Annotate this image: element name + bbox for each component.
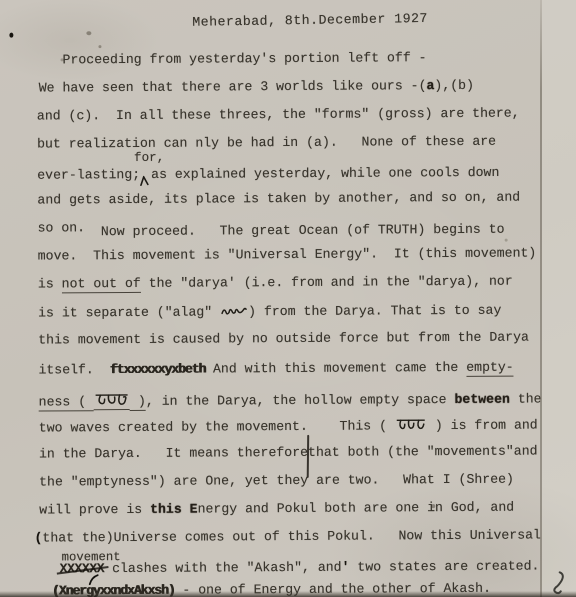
- text-segment: clashes with the "Akash", and: [104, 560, 342, 576]
- text-segment: the "darya' (i.e. from and in the "darya…: [141, 274, 513, 291]
- handwritten-pokal2-icon: [395, 417, 427, 432]
- text-segment: ),(b): [434, 78, 474, 93]
- text-segment: Now proceed. The great Ocean (of TRUTH) …: [85, 223, 505, 239]
- text-segment: , in the Darya, the hollow empty space: [146, 392, 455, 409]
- dateline: Meherabad, 8th.December 1927: [192, 12, 428, 29]
- typed-line: (that the)Universe comes out of this Pok…: [34, 528, 541, 544]
- ink-speck: [86, 31, 91, 35]
- text-segment: as explained yesterday, while one cools …: [151, 165, 499, 182]
- handwritten-alag-icon: [220, 304, 248, 318]
- text-segment: in the Darya. It means therefore: [39, 445, 308, 462]
- text-segment: is it separate ("alag": [38, 304, 220, 320]
- page-content: Meherabad, 8th.December 1927 Proceeding …: [0, 0, 576, 597]
- text-segment: a: [426, 78, 434, 93]
- text-segment: two waves created by the movement. This …: [39, 418, 395, 435]
- text-segment: the: [510, 391, 542, 406]
- ink-speck: [505, 239, 508, 242]
- typed-line: We have seen that there are 3 worlds lik…: [39, 79, 474, 95]
- text-segment: ) from the Darya. That is to say: [248, 303, 501, 320]
- text-segment: and gets aside, its place is taken by an…: [37, 190, 520, 208]
- text-segment: And with this movement came the: [205, 360, 466, 377]
- text-segment: We have seen that there are 3 worlds lik…: [39, 78, 427, 95]
- typed-line: XXXXXX clashes with the "Akash", and' tw…: [60, 559, 540, 575]
- typewritten-page: Meherabad, 8th.December 1927 Proceeding …: [0, 0, 576, 597]
- typed-line: is it separate ("alag" ) from the Darya.…: [38, 303, 501, 320]
- ink-speck: [9, 33, 13, 38]
- text-segment: ': [342, 560, 350, 575]
- typed-line: itself. ftxxxxxxyxbeth And with this mov…: [38, 361, 513, 377]
- text-segment: ) is from and: [427, 417, 538, 433]
- text-segment: nergy and Pokul both are one in God, and: [198, 500, 515, 517]
- ink-speck: [431, 504, 435, 508]
- typed-line: so on. Now proceed. The great Ocean (of …: [38, 219, 505, 235]
- text-segment: ever-lasting;: [37, 167, 140, 183]
- typed-line: move. This movement is "Universal Energy…: [38, 246, 537, 262]
- text-segment: not out of: [62, 276, 141, 293]
- typed-line: is not out of the "darya' (i.e. from and…: [38, 275, 513, 291]
- text-segment: that the)Universe comes out of this Poku…: [42, 527, 541, 545]
- text-segment: move. This movement is "Universal Energy…: [38, 245, 537, 263]
- text-segment: this: [150, 502, 182, 517]
- text-segment: ness (: [39, 394, 95, 411]
- typed-line: ever-lasting;for,as explained yesterday,…: [37, 163, 499, 182]
- typed-line: in the Darya. It means thereforethat bot…: [39, 444, 538, 460]
- typed-line: will prove is this Energy and Pokul both…: [39, 501, 514, 517]
- typed-line: ness ( ), in the Darya, the hollow empty…: [39, 388, 542, 410]
- ink-speck: [61, 58, 64, 61]
- text-segment: so on.: [38, 220, 86, 235]
- text-segment: itself.: [38, 362, 109, 377]
- text-segment: that both (the "movements"and: [308, 443, 538, 459]
- text-segment: is: [38, 276, 62, 291]
- typed-line: and (c). In all these threes, the "forms…: [37, 107, 520, 123]
- typed-lines: Proceeding from yesterday's portion left…: [0, 0, 574, 2]
- text-segment: Proceeding from yesterday's portion left…: [62, 50, 426, 67]
- typed-line: and gets aside, its place is taken by an…: [37, 191, 520, 207]
- text-segment: and (c). In all these threes, the "forms…: [37, 106, 520, 124]
- typed-line: this movement is caused by no outside fo…: [38, 331, 529, 347]
- text-segment: will prove is: [39, 502, 150, 518]
- text-segment: two states are created.: [349, 558, 539, 574]
- text-segment: ): [130, 394, 146, 411]
- caret-icon: [138, 176, 150, 189]
- pen-stroke-vertical: [307, 435, 309, 478]
- text-segment: this movement is caused by no outside fo…: [38, 330, 529, 348]
- inserted-word: for,: [134, 152, 164, 165]
- paper-edge: [542, 0, 576, 597]
- typed-line: two waves created by the movement. This …: [39, 416, 538, 434]
- ink-speck: [98, 45, 101, 48]
- handwritten-pokal-icon: [94, 391, 130, 410]
- text-segment: ftxxxxxxyxbeth: [110, 362, 205, 378]
- typed-line: Proceeding from yesterday's portion left…: [62, 51, 426, 66]
- text-segment: but realization can nly be had in (a). N…: [37, 134, 496, 152]
- text-segment: empty-: [466, 360, 514, 377]
- text-segment: (: [34, 531, 42, 546]
- typed-insertion: for,: [140, 165, 151, 178]
- text-segment: between: [454, 392, 509, 407]
- scan-edge-shadow: [0, 591, 576, 597]
- text-segment: the "emptyness") are One, yet they are t…: [39, 472, 514, 490]
- typed-line: but realization can nly be had in (a). N…: [37, 135, 496, 151]
- pen-caret-icon: [88, 572, 101, 590]
- typed-line: the "emptyness") are One, yet they are t…: [39, 473, 514, 489]
